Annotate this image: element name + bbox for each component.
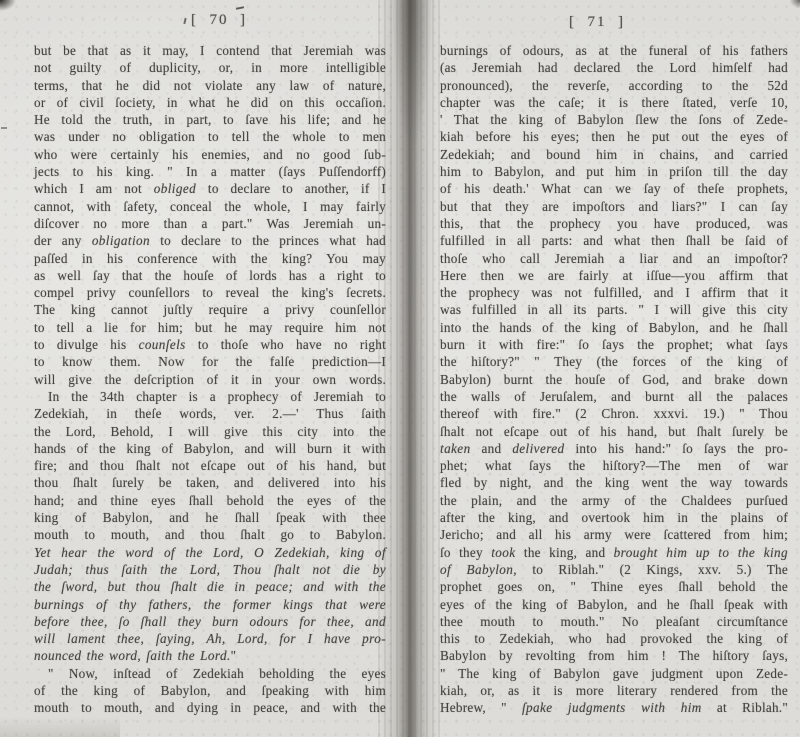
text-line: " The king of Babylon gave judgment upon… bbox=[440, 665, 788, 682]
binding-top-smudge bbox=[392, 0, 432, 150]
text-line: terms, that he did not violate any law o… bbox=[34, 77, 386, 94]
text-line: diſcover no more than a part." Was Jerem… bbox=[34, 215, 386, 232]
text-line: will lament thee, ſaying, Ah, Lord, for … bbox=[34, 630, 386, 647]
text-line: burn it with fire:" ſo ſays the prophet;… bbox=[440, 336, 788, 353]
text-line: into the hands of the king of Babylon, a… bbox=[440, 319, 788, 336]
text-line: of his death.' What can we ſay of theſe … bbox=[440, 180, 788, 197]
text-line: taken and delivered into his hand:" ſo ſ… bbox=[440, 440, 788, 457]
text-line: (as Jeremiah had declared the Lord himſe… bbox=[440, 59, 788, 76]
text-line: Judah; thus ſaith the Lord, Thou ſhalt n… bbox=[34, 561, 386, 578]
text-line: mouth to mouth, and thou ſhalt go to Bab… bbox=[34, 526, 386, 543]
text-line: Babylon by revolting from him ! The hiſt… bbox=[440, 647, 788, 664]
page-header-70: [ 70 ] bbox=[34, 12, 386, 29]
text-line: to divulge his counſels to thoſe who hav… bbox=[34, 336, 386, 353]
text-line: jects to his king. " In a matter (ſays P… bbox=[34, 163, 386, 180]
text-line: Zedekiah, in theſe words, ver. 2.—' Thus… bbox=[34, 405, 386, 422]
text-line: or of civil ſociety, in what he did on t… bbox=[34, 94, 386, 111]
text-line: kiah, or, as it is more literary rendere… bbox=[440, 682, 788, 699]
text-line: this to Zedekiah, who had provoked the k… bbox=[440, 630, 788, 647]
text-line: nounced the word, ſaith the Lord." bbox=[34, 647, 386, 664]
text-line: but that they are impoſtors and liars?" … bbox=[440, 198, 788, 215]
page-header-71: [ 71 ] bbox=[440, 14, 788, 31]
text-line: Yet hear the word of the Lord, O Zedekia… bbox=[34, 544, 386, 561]
scan-artifact-margin-dash bbox=[1, 127, 7, 129]
text-line: fled by night, and the king went the way… bbox=[440, 474, 788, 491]
text-line: eyes of the king of Babylon, and he ſhal… bbox=[440, 596, 788, 613]
text-line: to know them. Now for the falſe predicti… bbox=[34, 353, 386, 370]
text-line: but be that as it may, I contend that Je… bbox=[34, 42, 386, 59]
text-line: Here then we are fairly at iſſue—you aff… bbox=[440, 267, 788, 284]
text-line: phet; what ſays the hiſtory?—The men of … bbox=[440, 457, 788, 474]
text-line: hand; and thine eyes ſhall behold the ey… bbox=[34, 492, 386, 509]
text-line: ſhalt not eſcape out of his hand, but ſh… bbox=[440, 423, 788, 440]
text-line: this, that the prophecy you have produce… bbox=[440, 215, 788, 232]
text-line: mouth to mouth, and dying in peace, and … bbox=[34, 699, 386, 716]
page-71-text-column: burnings of odours, as at the funeral of… bbox=[440, 42, 788, 717]
text-line: chapter was the caſe; it is there ſtated… bbox=[440, 94, 788, 111]
text-line: ' That the king of Babylon ſlew the ſons… bbox=[440, 111, 788, 128]
text-line: fulfilled in all parts: and what then ſh… bbox=[440, 232, 788, 249]
text-line: He told the truth, in part, to ſave his … bbox=[34, 111, 386, 128]
scan-artifact-corner-top-right bbox=[790, 0, 800, 8]
text-line: thereof with fire." (2 Chron. xxxvi. 19.… bbox=[440, 405, 788, 422]
text-line: der any obligation to declare to the pri… bbox=[34, 232, 386, 249]
text-line: The king cannot juſtly require a privy c… bbox=[34, 301, 386, 318]
text-line: the walls of Jeruſalem, and burnt all th… bbox=[440, 388, 788, 405]
text-line: compel privy counſellors to reveal the k… bbox=[34, 284, 386, 301]
text-line: the Lord, Behold, I will give this city … bbox=[34, 423, 386, 440]
text-line: Zedekiah; and bound him in chains, and c… bbox=[440, 146, 788, 163]
text-line: the prophecy was not fulfilled, and I af… bbox=[440, 284, 788, 301]
text-line: thee mouth to mouth." No pleaſant circum… bbox=[440, 613, 788, 630]
text-line: him to Babylon, and put him in priſon ti… bbox=[440, 163, 788, 180]
text-line: to tell a lie for him; but he may requir… bbox=[34, 319, 386, 336]
text-line: after the king, and overtook him in the … bbox=[440, 509, 788, 526]
text-line: will give the deſcription of it in your … bbox=[34, 371, 386, 388]
text-line: was fulfilled in all its parts. " I will… bbox=[440, 301, 788, 318]
text-line: the plain, and the army of the Chaldees … bbox=[440, 492, 788, 509]
text-line: of the king of Babylon, and ſpeaking wit… bbox=[34, 682, 386, 699]
text-line: fire; and thou ſhalt not eſcape out of h… bbox=[34, 457, 386, 474]
text-line: paſſed in his conference with the king? … bbox=[34, 250, 386, 267]
scan-artifact-tick bbox=[236, 6, 244, 10]
text-line: not guilty of duplicity, or, in more int… bbox=[34, 59, 386, 76]
text-line: the hiſtory?" " They (the forces of the … bbox=[440, 353, 788, 370]
text-line: of Babylon, to Riblah." (2 Kings, xxv. 5… bbox=[440, 561, 788, 578]
text-line: prophet goes on, " Thine eyes ſhall beho… bbox=[440, 578, 788, 595]
text-line: thoſe who call Jeremiah a liar and an im… bbox=[440, 250, 788, 267]
text-line: Babylon) burnt the houſe of God, and bra… bbox=[440, 371, 788, 388]
text-line: before thee, ſo ſhall they burn odours f… bbox=[34, 613, 386, 630]
text-line: king of Babylon, and he ſhall ſpeak with… bbox=[34, 509, 386, 526]
text-line: " Now, inſtead of Zedekiah beholding the… bbox=[34, 665, 386, 682]
text-line: Jericho; and all his army were ſcattered… bbox=[440, 526, 788, 543]
book-scan-surface: [ 70 ] [ 71 ] but be that as it may, I c… bbox=[0, 0, 800, 737]
text-line: which I am not obliged to declare to ano… bbox=[34, 180, 386, 197]
text-line: cannot, with ſafety, conceal the whole, … bbox=[34, 198, 386, 215]
text-line: as well ſay that the houſe of lords has … bbox=[34, 267, 386, 284]
text-line: thou ſhalt ſurely be taken, and delivere… bbox=[34, 474, 386, 491]
text-line: hands of the king of Babylon, and will b… bbox=[34, 440, 386, 457]
text-line: pronounced), the reverſe, according to t… bbox=[440, 77, 788, 94]
text-line: was under no obligation to tell the whol… bbox=[34, 128, 386, 145]
text-line: kiah before his eyes; then he put out th… bbox=[440, 128, 788, 145]
text-line: Hebrew, " ſpake judgments with him at Ri… bbox=[440, 699, 788, 716]
text-line: ſo they took the king, and brought him u… bbox=[440, 544, 788, 561]
scan-artifact-corner-top-left bbox=[0, 0, 16, 11]
text-line: who were certainly his enemies, and no g… bbox=[34, 146, 386, 163]
text-line: burnings of odours, as at the funeral of… bbox=[440, 42, 788, 59]
text-line: burnings of thy fathers, the former king… bbox=[34, 596, 386, 613]
text-line: In the 34th chapter is a prophecy of Jer… bbox=[34, 388, 386, 405]
page-70-text-column: but be that as it may, I contend that Je… bbox=[34, 42, 386, 717]
text-line: the ſword, but thou ſhalt die in peace; … bbox=[34, 578, 386, 595]
